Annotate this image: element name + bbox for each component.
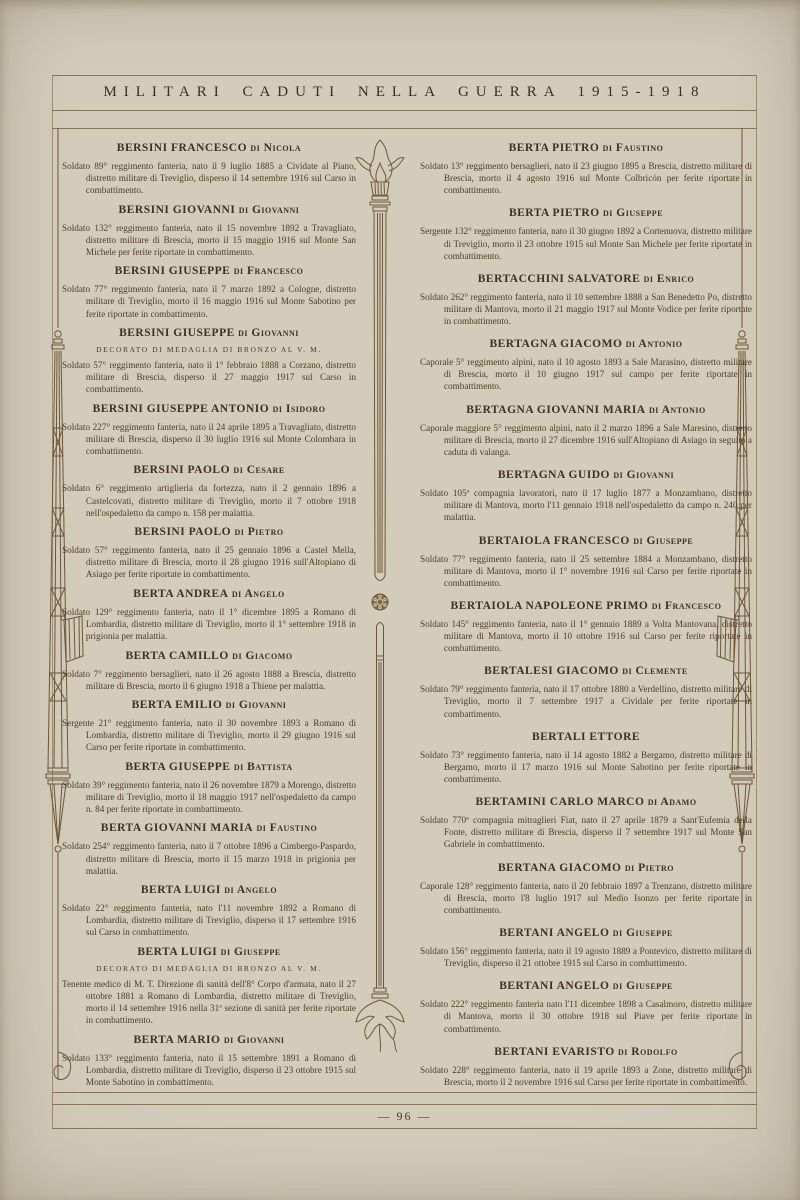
soldier-record: Soldato 89° reggimento fanteria, nato il… — [62, 160, 356, 196]
soldier-record: Soldato 13° reggimento bersaglieri, nato… — [420, 160, 752, 196]
soldier-patronymic: di Nicola — [247, 142, 301, 154]
soldier-name: BERTA PIETRO di Faustino — [420, 142, 752, 154]
soldier-entry: BERTA EMILIO di GiovanniSergente 21° reg… — [62, 699, 356, 753]
soldier-patronymic: di Battista — [230, 761, 292, 773]
column-left: BERSINI FRANCESCO di NicolaSoldato 89° r… — [62, 142, 356, 1088]
soldier-entry: BERSINI PAOLO di PietroSoldato 57° reggi… — [62, 526, 356, 580]
soldier-fullname: BERTA MARIO — [133, 1034, 220, 1046]
soldier-record: Soldato 254° reggimento fanteria, nato i… — [62, 840, 356, 876]
soldier-fullname: BERTALESI GIACOMO — [484, 665, 619, 677]
soldier-fullname: BERTA LUIGI — [141, 884, 221, 896]
soldier-patronymic: di Giuseppe — [217, 946, 280, 958]
soldier-name: BERTA LUIGI di Angelo — [62, 884, 356, 896]
soldier-name: BERTA CAMILLO di Giacomo — [62, 650, 356, 662]
soldier-entry: BERTA GIUSEPPE di BattistaSoldato 39° re… — [62, 761, 356, 815]
soldier-record: Soldato 262° reggimento fanteria, nato i… — [420, 291, 752, 327]
page-number: — 96 — — [378, 1109, 432, 1124]
frame-rule-content-bottom — [52, 1092, 757, 1093]
soldier-patronymic: di Antonio — [646, 404, 706, 416]
soldier-name: BERTANI ANGELO di Giuseppe — [420, 927, 752, 939]
soldier-record: Soldato 39° reggimento fanteria, nato il… — [62, 779, 356, 815]
soldier-entry: BERTAIOLA NAPOLEONE PRIMO di FrancescoSo… — [420, 600, 752, 654]
soldier-fullname: BERSINI GIOVANNI — [119, 204, 236, 216]
soldier-entry: BERSINI GIUSEPPE di GiovanniDECORATO DI … — [62, 327, 356, 395]
soldier-fullname: BERTA GIOVANNI MARIA — [101, 822, 253, 834]
soldier-entry: BERTAMINI CARLO MARCO di AdamoSoldato 77… — [420, 796, 752, 850]
soldier-record: Soldato 133° reggimento fanteria, nato i… — [62, 1052, 356, 1088]
soldier-patronymic: di Angelo — [228, 588, 284, 600]
frame-rule-title-bottom — [52, 110, 757, 111]
soldier-patronymic: di Rodolfo — [615, 1046, 678, 1058]
soldier-entry: BERSINI GIUSEPPE di FrancescoSoldato 77°… — [62, 265, 356, 319]
decoration-line: DECORATO DI MEDAGLIA DI BRONZO AL V. M. — [62, 964, 356, 973]
soldier-name: BERSINI FRANCESCO di Nicola — [62, 142, 356, 154]
soldier-fullname: BERTA GIUSEPPE — [125, 761, 230, 773]
soldier-fullname: BERTALI ETTORE — [532, 731, 640, 743]
soldier-record: Soldato 105ª compagnia lavoratori, nato … — [420, 487, 752, 523]
soldier-record: Caporale 5° reggimento alpini, nato il 1… — [420, 356, 752, 392]
soldier-record: Caporale 128° reggimento fanteria, nato … — [420, 880, 752, 916]
soldier-name: BERTAIOLA NAPOLEONE PRIMO di Francesco — [420, 600, 752, 612]
soldier-record: Soldato 77° reggimento fanteria, nato il… — [62, 283, 356, 319]
soldier-record: Sergente 21° reggimento fanteria, nato i… — [62, 717, 356, 753]
torch-column-ornament — [350, 136, 410, 1088]
soldier-name: BERSINI GIUSEPPE di Giovanni — [62, 327, 356, 339]
soldier-record: Soldato 770ª compagnia mitraglieri Fiat,… — [420, 814, 752, 850]
soldier-entry: BERTALESI GIACOMO di ClementeSoldato 79°… — [420, 665, 752, 719]
soldier-name: BERTALESI GIACOMO di Clemente — [420, 665, 752, 677]
soldier-fullname: BERSINI PAOLO — [133, 464, 230, 476]
soldier-entry: BERTANI ANGELO di GiuseppeSoldato 156° r… — [420, 927, 752, 969]
soldier-name: BERTA PIETRO di Giuseppe — [420, 207, 752, 219]
soldier-name: BERSINI GIOVANNI di Giovanni — [62, 204, 356, 216]
soldier-fullname: BERTAMINI CARLO MARCO — [475, 796, 644, 808]
soldier-entry: BERTA MARIO di GiovanniSoldato 133° regg… — [62, 1034, 356, 1088]
soldier-fullname: BERTA LUIGI — [137, 946, 217, 958]
soldier-record: Soldato 79° reggimento fanteria, nato il… — [420, 683, 752, 719]
soldier-patronymic: di Francesco — [230, 265, 303, 277]
soldier-fullname: BERTA CAMILLO — [125, 650, 228, 662]
soldier-record: Soldato 77° reggimento fanteria, nato il… — [420, 553, 752, 589]
soldier-fullname: BERTANI ANGELO — [499, 927, 609, 939]
soldier-entry: BERTAGNA GIOVANNI MARIA di AntonioCapora… — [420, 404, 752, 458]
soldier-entry: BERTA PIETRO di GiuseppeSergente 132° re… — [420, 207, 752, 261]
soldier-record: Soldato 145° reggimento fanteria, nato i… — [420, 618, 752, 654]
soldier-name: BERTA MARIO di Giovanni — [62, 1034, 356, 1046]
soldier-name: BERTAGNA GIACOMO di Antonio — [420, 338, 752, 350]
soldier-entry: BERTA LUIGI di AngeloSoldato 22° reggime… — [62, 884, 356, 938]
soldier-patronymic: di Giuseppe — [609, 980, 672, 992]
soldier-record: Tenente medico di M. T. Direzione di san… — [62, 978, 356, 1026]
soldier-name: BERTANI EVARISTO di Rodolfo — [420, 1046, 752, 1058]
soldier-patronymic: di Faustino — [599, 142, 663, 154]
soldier-fullname: BERSINI GIUSEPPE — [115, 265, 231, 277]
soldier-name: BERSINI PAOLO di Pietro — [62, 526, 356, 538]
decoration-line: DECORATO DI MEDAGLIA DI BRONZO AL V. M. — [62, 345, 356, 354]
soldier-record: Soldato 6° reggimento artiglieria da for… — [62, 482, 356, 518]
soldier-record: Sergente 132° reggimento fanteria, nato … — [420, 225, 752, 261]
soldier-patronymic: di Isidoro — [269, 403, 325, 415]
soldier-record: Soldato 7° reggimento bersaglieri, nato … — [62, 668, 356, 692]
soldier-patronymic: di Giovanni — [220, 1034, 284, 1046]
soldier-entry: BERTALI ETTORESoldato 73° reggimento fan… — [420, 731, 752, 785]
soldier-name: BERTAGNA GIOVANNI MARIA di Antonio — [420, 404, 752, 416]
soldier-record: Soldato 129° reggimento fanteria, nato i… — [62, 606, 356, 642]
soldier-record: Soldato 228° reggimento fanteria, nato i… — [420, 1064, 752, 1088]
soldier-entry: BERTANA GIACOMO di PietroCaporale 128° r… — [420, 862, 752, 916]
frame-rule-bottom — [52, 1128, 757, 1129]
soldier-fullname: BERSINI GIUSEPPE ANTONIO — [93, 403, 270, 415]
soldier-name: BERTA LUIGI di Giuseppe — [62, 946, 356, 958]
soldier-entry: BERTAIOLA FRANCESCO di GiuseppeSoldato 7… — [420, 535, 752, 589]
column-right: BERTA PIETRO di FaustinoSoldato 13° regg… — [420, 142, 752, 1088]
soldier-record: Caporale maggiore 5° reggimento alpini, … — [420, 422, 752, 458]
soldier-patronymic: di Faustino — [253, 822, 317, 834]
soldier-name: BERTALI ETTORE — [420, 731, 752, 743]
soldier-fullname: BERTAGNA GIACOMO — [489, 338, 622, 350]
soldier-fullname: BERTAIOLA NAPOLEONE PRIMO — [451, 600, 649, 612]
soldier-record: Soldato 227° reggimento fanteria, nato i… — [62, 421, 356, 457]
soldier-name: BERTANA GIACOMO di Pietro — [420, 862, 752, 874]
soldier-entry: BERTANI EVARISTO di RodolfoSoldato 228° … — [420, 1046, 752, 1088]
soldier-fullname: BERTA ANDREA — [133, 588, 228, 600]
soldier-patronymic: di Giuseppe — [600, 207, 663, 219]
soldier-record: Soldato 73° reggimento fanteria, nato il… — [420, 749, 752, 785]
soldier-name: BERTANI ANGELO di Giuseppe — [420, 980, 752, 992]
soldier-name: BERTA GIUSEPPE di Battista — [62, 761, 356, 773]
soldier-patronymic: di Giovanni — [222, 699, 286, 711]
soldier-fullname: BERSINI PAOLO — [134, 526, 231, 538]
soldier-record: Soldato 132° reggimento fanteria, nato i… — [62, 222, 356, 258]
soldier-entry: BERSINI FRANCESCO di NicolaSoldato 89° r… — [62, 142, 356, 196]
soldier-record: Soldato 222° reggimento fanteria nato l'… — [420, 998, 752, 1034]
soldier-name: BERTAMINI CARLO MARCO di Adamo — [420, 796, 752, 808]
soldier-patronymic: di Cesare — [230, 464, 285, 476]
soldier-fullname: BERTANI ANGELO — [499, 980, 609, 992]
soldier-fullname: BERTA EMILIO — [132, 699, 223, 711]
soldier-patronymic: di Antonio — [622, 338, 682, 350]
soldier-record: Soldato 57° reggimento fanteria, nato il… — [62, 359, 356, 395]
soldier-record: Soldato 57° reggimento fanteria, nato il… — [62, 544, 356, 580]
soldier-entry: BERTANI ANGELO di GiuseppeSoldato 222° r… — [420, 980, 752, 1034]
soldier-entry: BERTAGNA GIACOMO di AntonioCaporale 5° r… — [420, 338, 752, 392]
soldier-entry: BERTA GIOVANNI MARIA di FaustinoSoldato … — [62, 822, 356, 876]
soldier-patronymic: di Enrico — [640, 273, 694, 285]
frame-rule-right — [756, 75, 757, 1128]
soldier-patronymic: di Giovanni — [235, 327, 299, 339]
soldier-patronymic: di Adamo — [644, 796, 696, 808]
soldier-patronymic: di Angelo — [221, 884, 277, 896]
soldier-entry: BERTA ANDREA di AngeloSoldato 129° reggi… — [62, 588, 356, 642]
frame-rule-content-top — [52, 128, 757, 129]
soldier-fullname: BERTANA GIACOMO — [498, 862, 622, 874]
soldier-fullname: BERSINI FRANCESCO — [117, 142, 247, 154]
soldier-entry: BERSINI GIUSEPPE ANTONIO di IsidoroSolda… — [62, 403, 356, 457]
soldier-patronymic: di Giuseppe — [609, 927, 672, 939]
soldier-entry: BERTACCHINI SALVATORE di EnricoSoldato 2… — [420, 273, 752, 327]
soldier-fullname: BERTACCHINI SALVATORE — [478, 273, 641, 285]
soldier-entry: BERTAGNA GUIDO di GiovanniSoldato 105ª c… — [420, 469, 752, 523]
soldier-name: BERTA EMILIO di Giovanni — [62, 699, 356, 711]
soldier-entry: BERTA LUIGI di GiuseppeDECORATO DI MEDAG… — [62, 946, 356, 1026]
soldier-name: BERSINI GIUSEPPE ANTONIO di Isidoro — [62, 403, 356, 415]
frame-rule-left — [52, 75, 53, 1128]
soldier-patronymic: di Giacomo — [229, 650, 293, 662]
soldier-entry: BERSINI PAOLO di CesareSoldato 6° reggim… — [62, 464, 356, 518]
soldier-patronymic: di Giovanni — [610, 469, 674, 481]
soldier-name: BERTA ANDREA di Angelo — [62, 588, 356, 600]
soldier-fullname: BERTAGNA GUIDO — [498, 469, 610, 481]
soldier-record: Soldato 156° reggimento fanteria, nato i… — [420, 945, 752, 969]
soldier-record: Soldato 22° reggimento fanteria, nato l'… — [62, 902, 356, 938]
soldier-fullname: BERTANI EVARISTO — [494, 1046, 614, 1058]
soldier-fullname: BERTA PIETRO — [509, 142, 600, 154]
soldier-patronymic: di Clemente — [619, 665, 688, 677]
title-band: MILITARI CADUTI NELLA GUERRA 1915-1918 — [52, 75, 757, 110]
soldier-fullname: BERSINI GIUSEPPE — [119, 327, 235, 339]
soldier-name: BERSINI GIUSEPPE di Francesco — [62, 265, 356, 277]
soldier-fullname: BERTAGNA GIOVANNI MARIA — [466, 404, 645, 416]
soldier-fullname: BERTAIOLA FRANCESCO — [479, 535, 630, 547]
soldier-name: BERTA GIOVANNI MARIA di Faustino — [62, 822, 356, 834]
soldier-patronymic: di Pietro — [622, 862, 674, 874]
soldier-patronymic: di Giuseppe — [630, 535, 693, 547]
soldier-patronymic: di Pietro — [231, 526, 283, 538]
soldier-name: BERTAGNA GUIDO di Giovanni — [420, 469, 752, 481]
soldier-patronymic: di Giovanni — [235, 204, 299, 216]
soldier-patronymic: di Francesco — [648, 600, 721, 612]
soldier-entry: BERTA CAMILLO di GiacomoSoldato 7° reggi… — [62, 650, 356, 692]
soldier-name: BERTACCHINI SALVATORE di Enrico — [420, 273, 752, 285]
soldier-name: BERSINI PAOLO di Cesare — [62, 464, 356, 476]
soldier-fullname: BERTA PIETRO — [509, 207, 600, 219]
soldier-entry: BERSINI GIOVANNI di GiovanniSoldato 132°… — [62, 204, 356, 258]
soldier-entry: BERTA PIETRO di FaustinoSoldato 13° regg… — [420, 142, 752, 196]
page-title: MILITARI CADUTI NELLA GUERRA 1915-1918 — [103, 84, 705, 101]
footer-band: — 96 — — [52, 1104, 757, 1128]
soldier-name: BERTAIOLA FRANCESCO di Giuseppe — [420, 535, 752, 547]
